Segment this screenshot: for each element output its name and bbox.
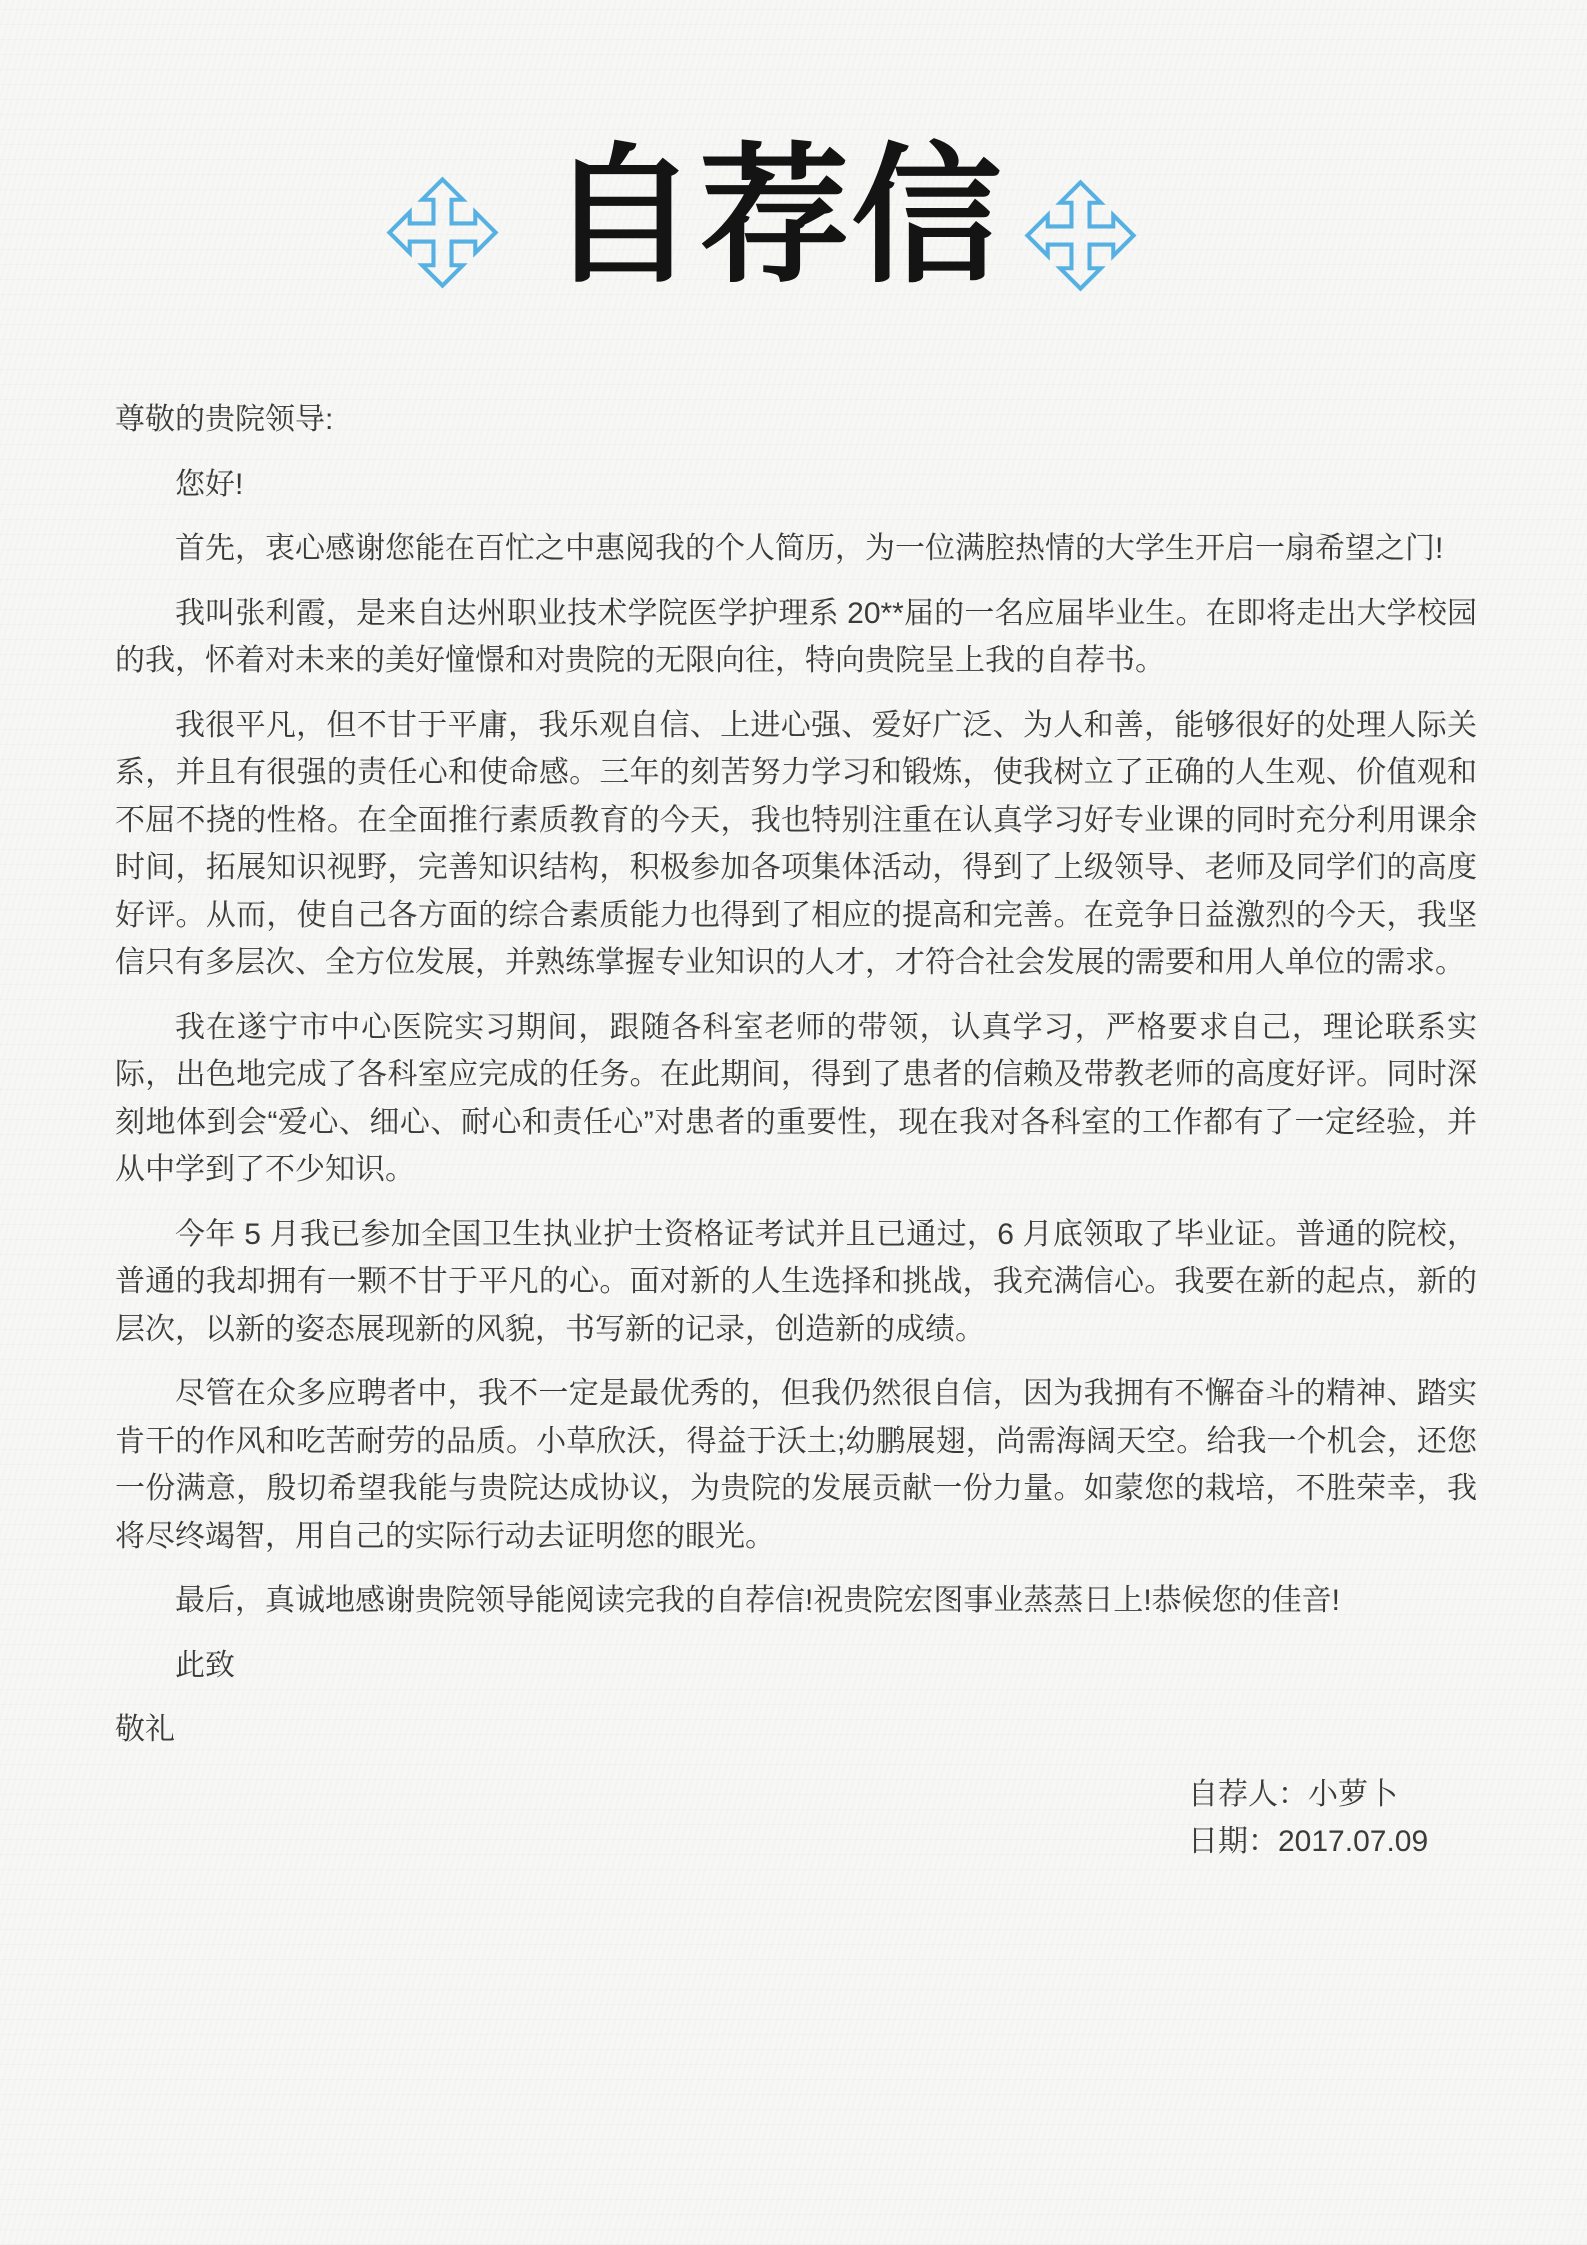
letter-page: 自荐信 尊敬的贵院领导: 您好! 首先，衷心感谢您能在百忙之中惠阅我的个人简历，… [0,0,1587,2245]
salutation: 尊敬的贵院领导: [115,396,1477,444]
date-line: 日期：2017.07.09 [1188,1818,1477,1866]
letter-paragraph: 今年 5 月我已参加全国卫生执业护士资格证考试并且已通过，6 月底领取了毕业证。… [115,1211,1477,1354]
letter-paragraph: 我在遂宁市中心医院实习期间，跟随各科室老师的带领，认真学习，严格要求自己，理论联… [115,1004,1477,1194]
letter-paragraph: 尽管在众多应聘者中，我不一定是最优秀的，但我仍然很自信，因为我拥有不懈奋斗的精神… [115,1370,1477,1560]
move-arrows-icon [1024,179,1137,292]
letter-header: 自荐信 [0,0,1587,312]
signer-line: 自荐人：小萝卜 [1188,1771,1477,1819]
signature-block: 自荐人：小萝卜 日期：2017.07.09 [1188,1771,1477,1866]
letter-paragraph: 我叫张利霞，是来自达州职业技术学院医学护理系 20**届的一名应届毕业生。在即将… [115,590,1477,685]
letter-paragraph: 最后，真诚地感谢贵院领导能阅读完我的自荐信!祝贵院宏图事业蒸蒸日上!恭候您的佳音… [115,1577,1477,1625]
letter-paragraph: 我很平凡，但不甘于平庸，我乐观自信、上进心强、爱好广泛、为人和善，能够很好的处理… [115,702,1477,987]
letter-paragraph: 首先，衷心感谢您能在百忙之中惠阅我的个人简历，为一位满腔热情的大学生开启一扇希望… [115,525,1477,573]
greeting-line: 您好! [115,461,1477,509]
closing-salute: 敬礼 [115,1706,1477,1754]
letter-body: 尊敬的贵院领导: 您好! 首先，衷心感谢您能在百忙之中惠阅我的个人简历，为一位满… [0,312,1587,1866]
page-title: 自荐信 [0,0,1569,299]
closing-phrase: 此致 [115,1642,1477,1690]
